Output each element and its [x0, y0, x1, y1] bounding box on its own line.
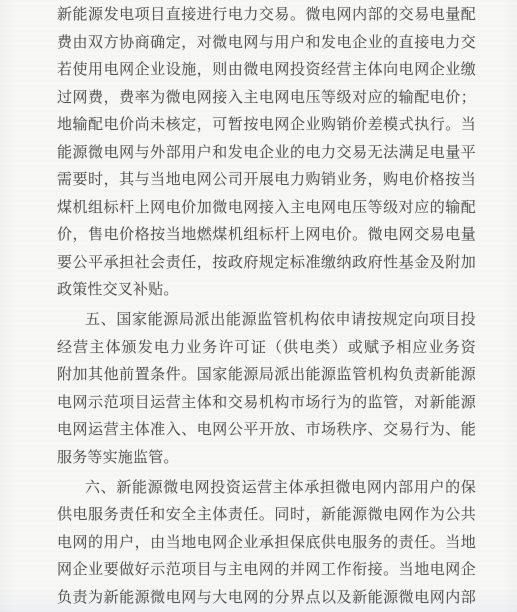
document-text-block: 新能源发电项目直接进行电力交易。微电网内部的交易电量配网费由双方协商确定，对微电… — [57, 2, 476, 612]
text-line: 价，售电价格按当地燃煤机组标杆上网电价。微电网交易电量都 — [57, 222, 476, 250]
text-line: 需要时，其与当地电网公司开展电力购销业务，购电价格按当地燃 — [57, 167, 476, 195]
text-line: 煤机组标杆上网电价加微电网接入主电网电压等级对应的输配电 — [57, 195, 476, 223]
text-line: 附加其他前置条件。国家能源局派出能源监管机构负责新能源微 — [57, 362, 476, 390]
document-page: 新能源发电项目直接进行电力交易。微电网内部的交易电量配网费由双方协商确定，对微电… — [0, 0, 517, 612]
text-line: 六、新能源微电网投资运营主体承担微电网内部用户的保底 — [57, 475, 476, 503]
text-line: 电网示范项目运营主体和交易机构市场行为的监管，对新能源微 — [57, 390, 476, 418]
text-line: 地输配电价尚未核定，可暂按电网企业购销价差模式执行。当新 — [57, 112, 476, 140]
text-line: 电网运营主体准入、电网公平开放、市场秩序、交易行为、能源普遍 — [57, 417, 476, 445]
text-line: 若使用电网企业设施，则由微电网投资经营主体向电网企业缴纳 — [57, 57, 476, 85]
text-line: 要公平承担社会责任，按政府规定标准缴纳政府性基金及附加和 — [57, 250, 476, 278]
text-line: 过网费，费率为微电网接入主电网电压等级对应的输配电价；若当 — [57, 85, 476, 113]
text-line: 费由双方协商确定，对微电网与用户和发电企业的直接电力交易， — [57, 30, 476, 58]
text-line: 经营主体颁发电力业务许可证（供电类）或赋予相应业务资质，不 — [57, 335, 476, 363]
text-line: 供电服务责任和安全主体责任。同时，新能源微电网作为公共主 — [57, 502, 476, 530]
text-line: 新能源发电项目直接进行电力交易。微电网内部的交易电量配网 — [57, 2, 476, 30]
text-line: 电网的用户，由当地电网企业承担保底供电服务的责任。当地电 — [57, 530, 476, 558]
text-line: 服务等实施监管。 — [57, 445, 476, 473]
paragraph: 五、国家能源局派出能源监管机构依申请按规定向项目投资经营主体颁发电力业务许可证（… — [57, 307, 476, 472]
text-line: 负责为新能源微电网与大电网的分界点以及新能源微电网内部发 — [57, 585, 476, 612]
text-line: 网企业要做好示范项目与主电网的并网工作衔接。当地电网企业 — [57, 557, 476, 585]
text-line: 能源微电网与外部用户和发电企业的电力交易无法满足电量平衡 — [57, 140, 476, 168]
paragraph: 六、新能源微电网投资运营主体承担微电网内部用户的保底供电服务责任和安全主体责任。… — [57, 475, 476, 612]
text-line: 五、国家能源局派出能源监管机构依申请按规定向项目投资 — [57, 307, 476, 335]
text-line: 政策性交叉补贴。 — [57, 277, 476, 305]
paragraph: 新能源发电项目直接进行电力交易。微电网内部的交易电量配网费由双方协商确定，对微电… — [57, 2, 476, 305]
